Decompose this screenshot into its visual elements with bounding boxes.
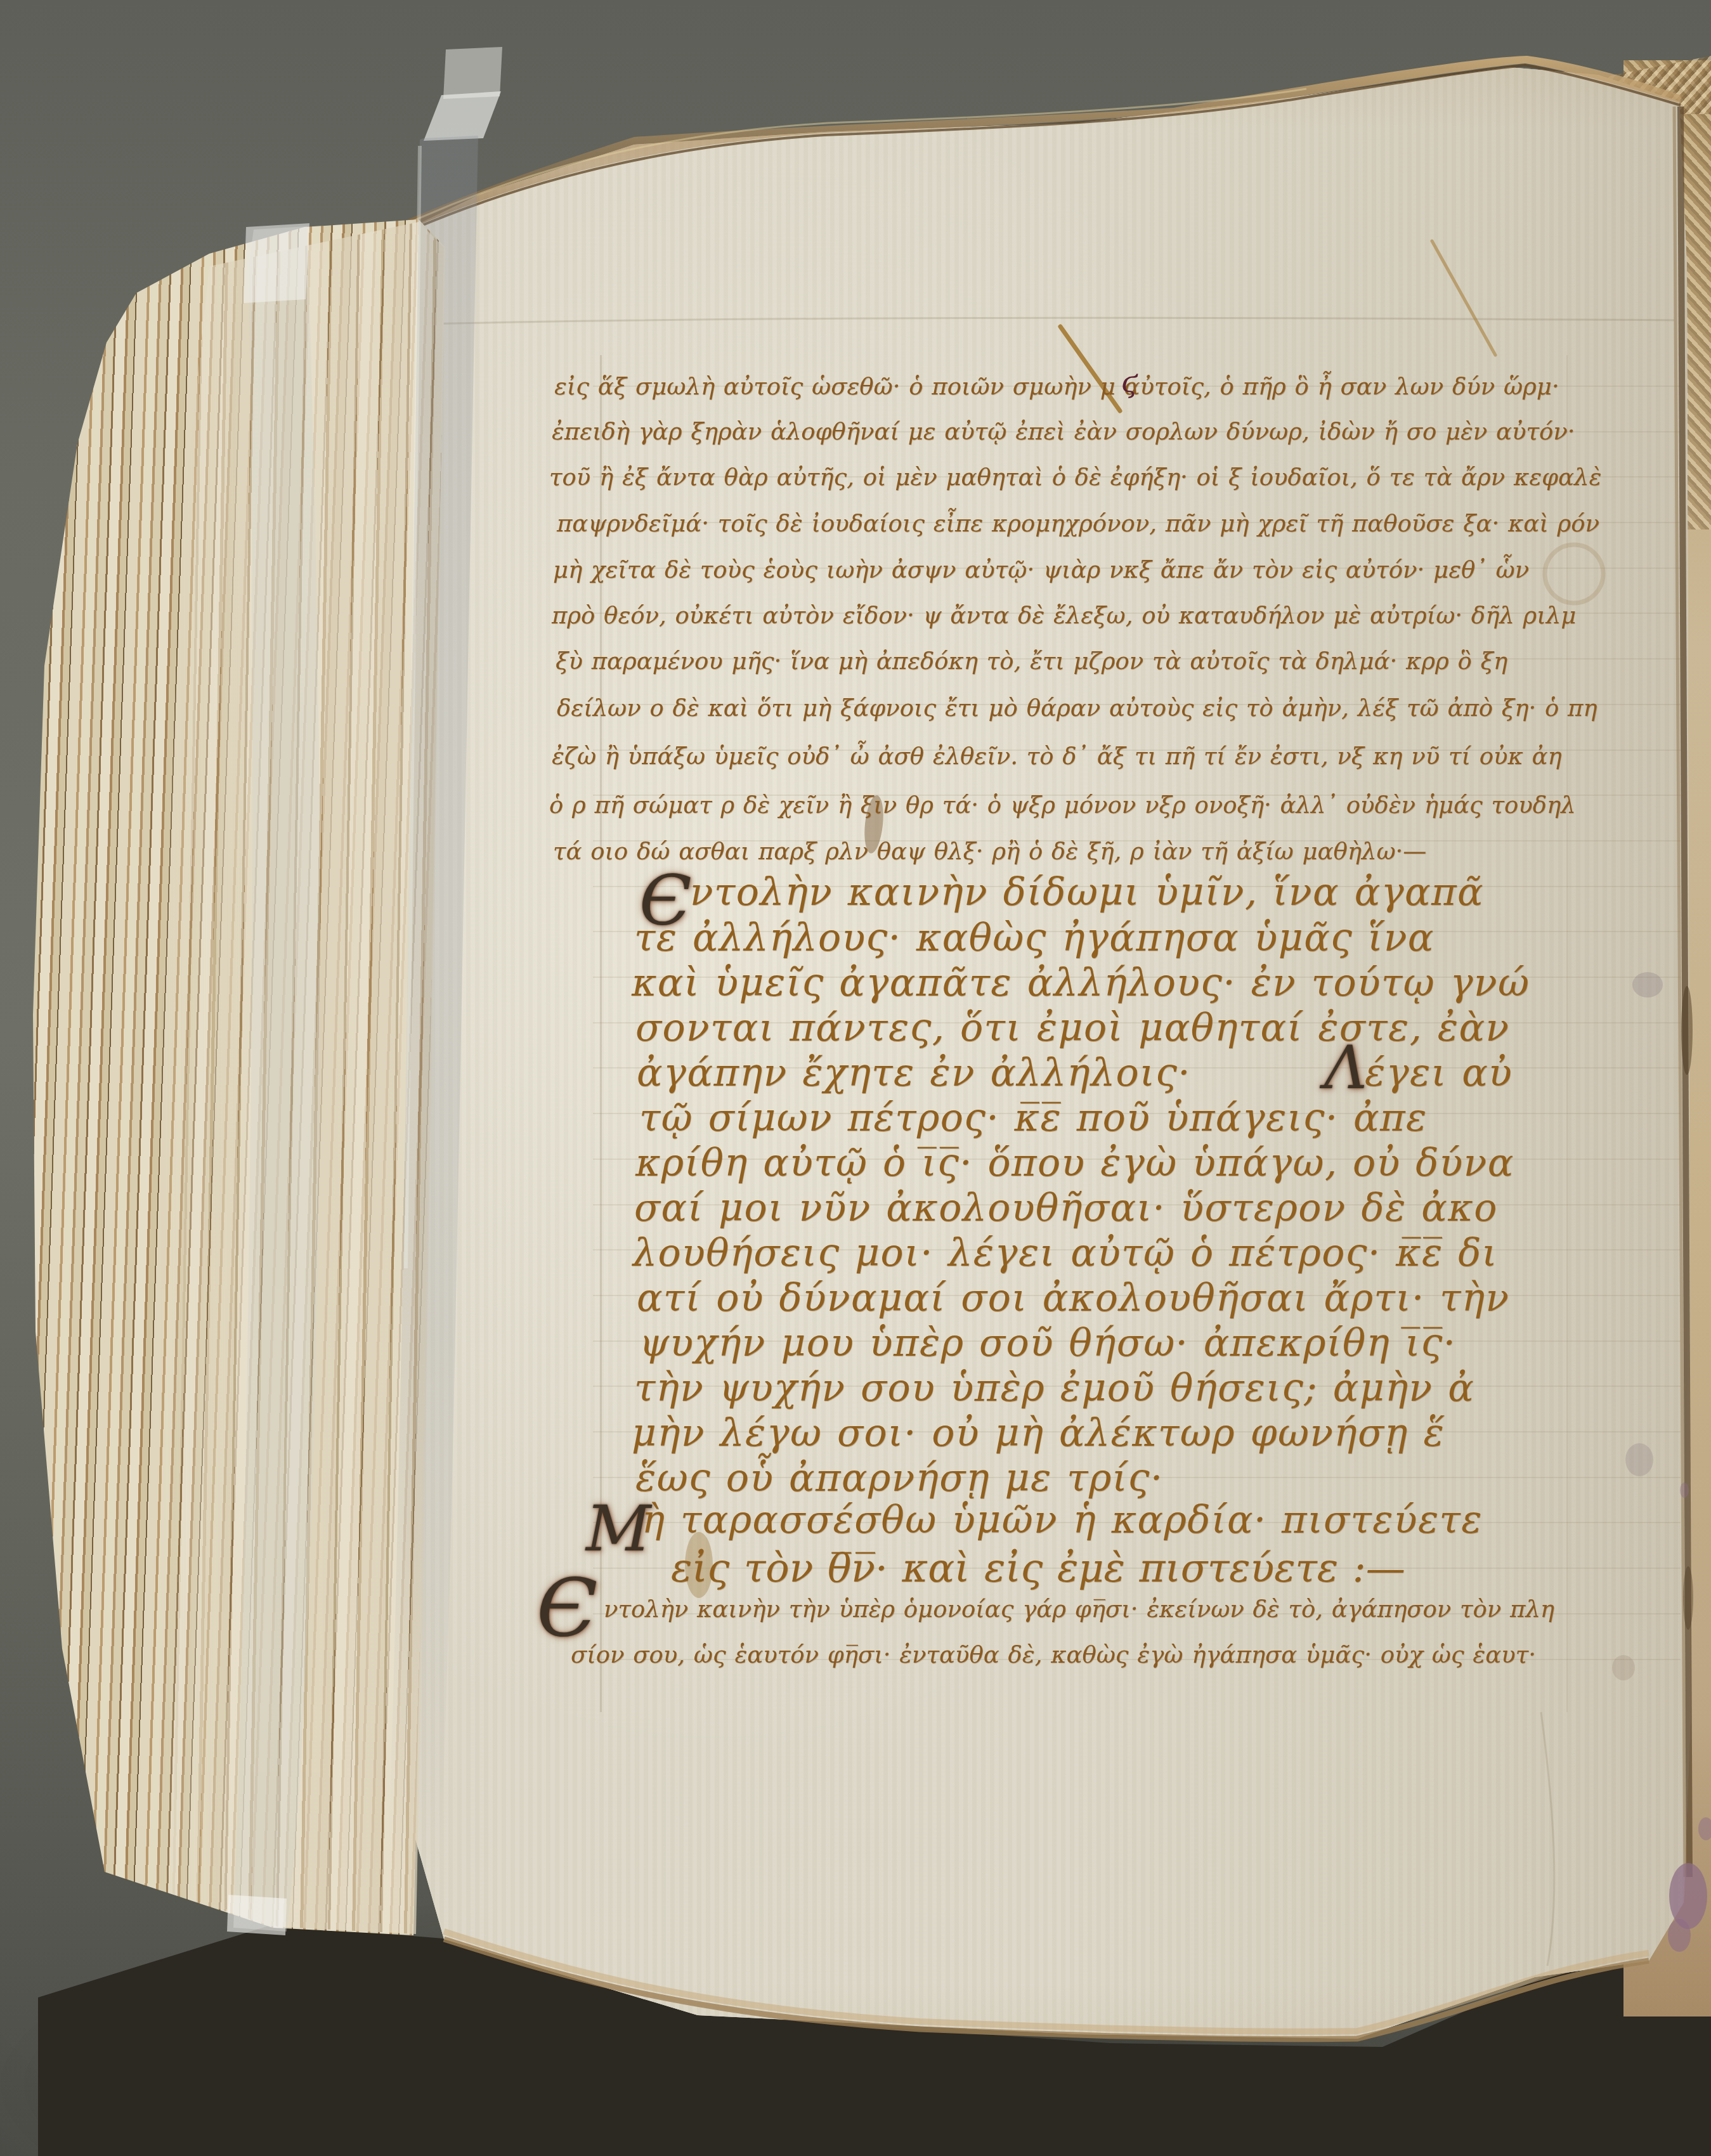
manuscript-photo: εἰς ἅξ σμωλὴ αὐτοῖς ὡσεθῶ· ὁ ποιῶν σμωὴν… — [0, 0, 1711, 2156]
book-straps — [0, 0, 1711, 2156]
